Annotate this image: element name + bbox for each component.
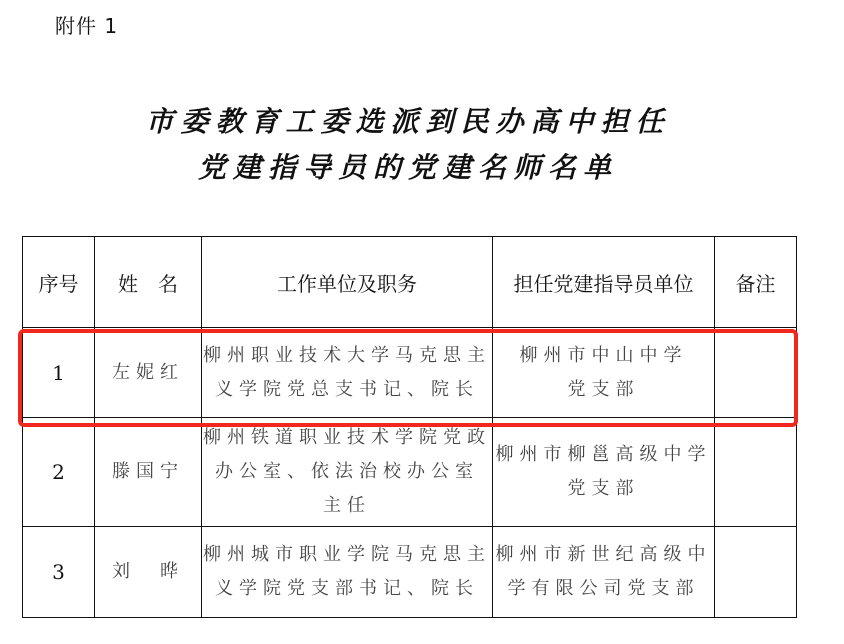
header-number: 序号 — [23, 237, 95, 328]
row-number: 2 — [23, 418, 95, 527]
row-work-unit: 柳州铁道职业技术学院党政 办公室、依法治校办公室 主任 — [202, 418, 493, 527]
row-remark — [715, 527, 797, 618]
assigned-unit-line: 党支部 — [493, 373, 714, 407]
mentor-roster-table: 序号 姓 名 工作单位及职务 担任党建指导员单位 备注 1 左妮红 柳州职业技术… — [22, 236, 797, 618]
work-unit-line: 义学院党总支书记、院长 — [202, 373, 492, 407]
work-unit-line: 柳州城市职业学院马克思主 — [202, 538, 492, 572]
row-number: 1 — [23, 328, 95, 418]
header-assigned-unit: 担任党建指导员单位 — [493, 237, 715, 328]
assigned-unit-line: 柳州市新世纪高级中 — [493, 538, 714, 572]
work-unit-line: 主任 — [202, 489, 492, 523]
header-name: 姓 名 — [95, 237, 202, 328]
document-title-line-2: 党建指导员的党建名师名单 — [8, 146, 808, 186]
work-unit-line: 办公室、依法治校办公室 — [202, 455, 492, 489]
attachment-label: 附件 1 — [55, 10, 118, 39]
row-number: 3 — [23, 527, 95, 618]
row-work-unit: 柳州职业技术大学马克思主 义学院党总支书记、院长 — [202, 328, 493, 418]
table-row: 2 滕国宁 柳州铁道职业技术学院党政 办公室、依法治校办公室 主任 柳州市柳邕高… — [23, 418, 797, 527]
row-remark — [715, 328, 797, 418]
row-name: 左妮红 — [95, 328, 202, 418]
header-remark: 备注 — [715, 237, 797, 328]
row-assigned-unit: 柳州市中山中学 党支部 — [493, 328, 715, 418]
row-name: 刘 晔 — [95, 527, 202, 618]
document-title-line-1: 市委教育工委选派到民办高中担任 — [8, 100, 808, 140]
row-assigned-unit: 柳州市新世纪高级中 学有限公司党支部 — [493, 527, 715, 618]
header-work-unit: 工作单位及职务 — [202, 237, 493, 328]
assigned-unit-line: 党支部 — [493, 472, 714, 506]
table-header-row: 序号 姓 名 工作单位及职务 担任党建指导员单位 备注 — [23, 237, 797, 328]
work-unit-line: 柳州职业技术大学马克思主 — [202, 339, 492, 373]
work-unit-line: 柳州铁道职业技术学院党政 — [202, 421, 492, 455]
row-remark — [715, 418, 797, 527]
table-row: 3 刘 晔 柳州城市职业学院马克思主 义学院党支部书记、院长 柳州市新世纪高级中… — [23, 527, 797, 618]
row-name: 滕国宁 — [95, 418, 202, 527]
assigned-unit-line: 柳州市中山中学 — [493, 339, 714, 373]
row-work-unit: 柳州城市职业学院马克思主 义学院党支部书记、院长 — [202, 527, 493, 618]
work-unit-line: 义学院党支部书记、院长 — [202, 572, 492, 606]
assigned-unit-line: 柳州市柳邕高级中学 — [493, 438, 714, 472]
table-row: 1 左妮红 柳州职业技术大学马克思主 义学院党总支书记、院长 柳州市中山中学 党… — [23, 328, 797, 418]
assigned-unit-line: 学有限公司党支部 — [493, 572, 714, 606]
row-assigned-unit: 柳州市柳邕高级中学 党支部 — [493, 418, 715, 527]
